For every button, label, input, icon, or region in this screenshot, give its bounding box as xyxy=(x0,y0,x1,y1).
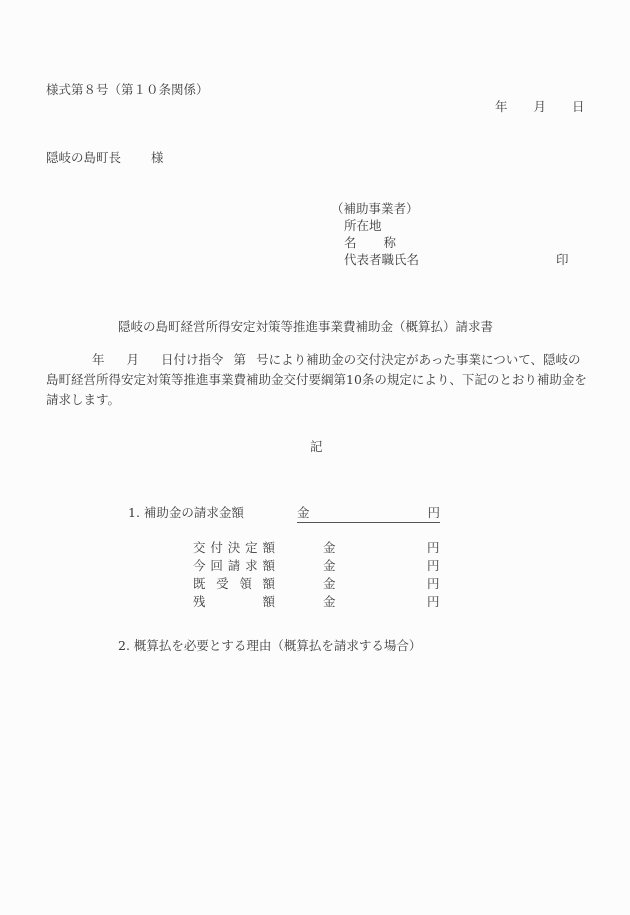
applicant-representative-row: 代表者職氏名 印 xyxy=(331,254,419,271)
label-char: 額 xyxy=(262,560,275,573)
breakdown-row: 既 受 領 額 金 円 xyxy=(193,578,443,596)
breakdown-label: 今 回 請 求 額 xyxy=(193,560,275,573)
label-char: 領 xyxy=(239,578,252,591)
breakdown-table: 交 付 決 定 額 金 円 今 回 請 求 額 金 円 既 受 領 額 金 円 … xyxy=(193,542,443,614)
label-char: 決 xyxy=(228,542,241,555)
label-char: 額 xyxy=(262,578,275,591)
label-char: 付 xyxy=(210,542,223,555)
label-char: 請 xyxy=(228,560,241,573)
label-char: 今 xyxy=(193,560,206,573)
label-char: 額 xyxy=(262,542,275,555)
name-label-char-2: 称 xyxy=(384,235,397,250)
addressee-name: 隠岐の島町長 xyxy=(46,150,121,165)
breakdown-row: 今 回 請 求 額 金 円 xyxy=(193,560,443,578)
addressee: 隠岐の島町長様 xyxy=(46,152,164,165)
breakdown-kin: 金 xyxy=(323,560,336,573)
body-year: 年 xyxy=(92,352,105,367)
breakdown-label: 交 付 決 定 額 xyxy=(193,542,275,555)
name-label-char-1: 名 xyxy=(344,235,357,250)
date-line: 年月日 xyxy=(495,101,585,114)
date-month: 月 xyxy=(534,101,547,114)
breakdown-label: 残 額 xyxy=(193,596,275,609)
addressee-honorific: 様 xyxy=(151,150,164,165)
item-1-label: 1. 補助金の請求金額 xyxy=(128,507,244,520)
breakdown-yen: 円 xyxy=(427,560,440,573)
breakdown-kin: 金 xyxy=(323,596,336,609)
date-day: 日 xyxy=(572,101,585,114)
form-number: 様式第８号（第１０条関係） xyxy=(46,84,209,97)
claim-amount-field: 金 円 xyxy=(297,507,440,523)
label-char: 求 xyxy=(245,560,258,573)
body-day-directive: 日付け指令 xyxy=(161,352,224,367)
breakdown-row: 残 額 金 円 xyxy=(193,596,443,614)
breakdown-kin: 金 xyxy=(323,542,336,555)
claim-yen: 円 xyxy=(427,507,440,520)
breakdown-yen: 円 xyxy=(427,542,440,555)
document-title: 隠岐の島町経営所得安定対策等推進事業費補助金（概算払）請求書 xyxy=(118,321,493,334)
claim-kin: 金 xyxy=(297,505,310,520)
label-char: 額 xyxy=(262,596,275,609)
ki-label: 記 xyxy=(310,441,323,454)
item-2-label: 2. 概算払を必要とする理由（概算払を請求する場合） xyxy=(118,640,421,653)
breakdown-yen: 円 xyxy=(427,578,440,591)
label-char: 交 xyxy=(193,542,206,555)
label-char: 受 xyxy=(216,578,229,591)
body-month: 月 xyxy=(127,352,140,367)
body-number-prefix: 第 xyxy=(234,352,247,367)
label-char: 定 xyxy=(245,542,258,555)
breakdown-yen: 円 xyxy=(427,596,440,609)
label-char: 既 xyxy=(193,578,206,591)
seal-mark: 印 xyxy=(556,254,569,267)
breakdown-label: 既 受 領 額 xyxy=(193,578,275,591)
breakdown-kin: 金 xyxy=(323,578,336,591)
body-paragraph: 年月日付け指令第号により補助金の交付決定があった事業について、隠岐の島町経営所得… xyxy=(46,350,588,410)
applicant-representative-label: 代表者職氏名 xyxy=(344,252,419,267)
label-char: 回 xyxy=(210,560,223,573)
date-year: 年 xyxy=(495,101,508,114)
applicant-block: （補助事業者） 所在地 名称 代表者職氏名 印 xyxy=(331,203,419,271)
label-char: 残 xyxy=(193,596,206,609)
